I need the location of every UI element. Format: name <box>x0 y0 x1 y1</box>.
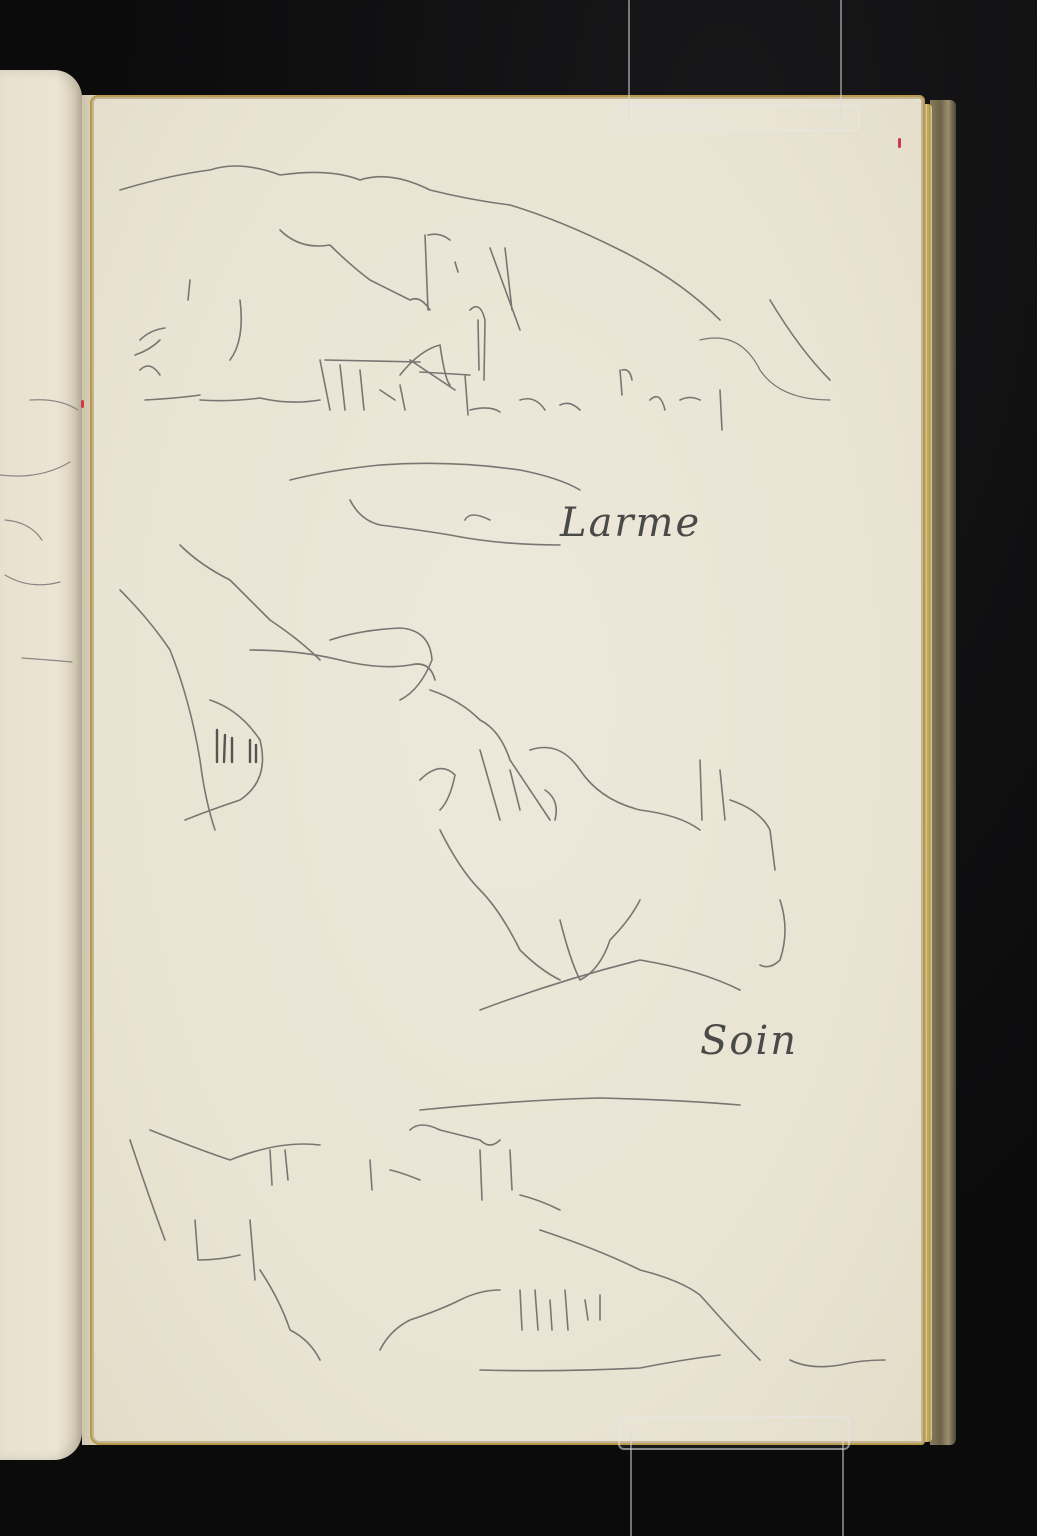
figures-vignette <box>217 730 256 762</box>
pencil-sketches <box>0 0 1037 1536</box>
bottom-town-sketch <box>130 1098 885 1371</box>
inscription-larme: Larme <box>560 500 701 546</box>
photo-scene: Larme Soin <box>0 0 1037 1536</box>
left-page-sketch-lines <box>0 400 78 662</box>
top-castle-sketch <box>120 166 830 430</box>
inscription-soin: Soin <box>700 1018 798 1064</box>
